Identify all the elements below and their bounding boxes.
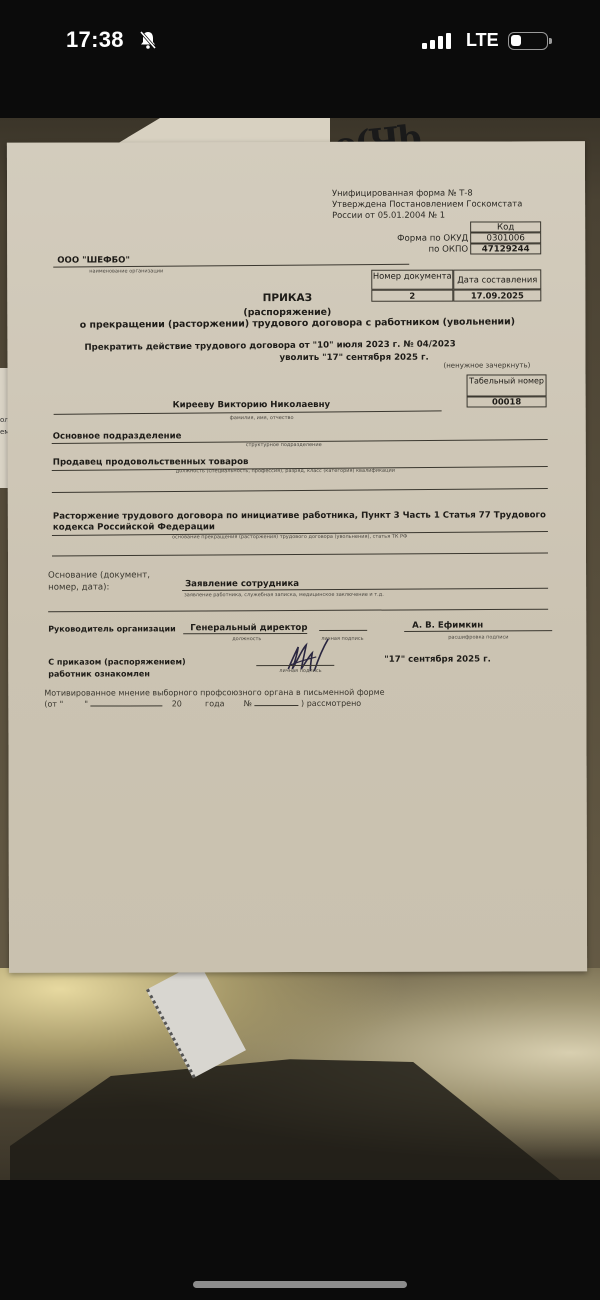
acknowledgement-date: "17" сентября 2025 г. bbox=[384, 654, 491, 664]
battery-nub bbox=[549, 38, 552, 44]
employee-name: Кирееву Викторию Николаевну bbox=[173, 400, 331, 410]
battery-fill bbox=[511, 35, 521, 46]
home-indicator[interactable] bbox=[193, 1281, 407, 1288]
basis-label-line: Основание (документ, bbox=[48, 569, 150, 581]
doc-date-header: Дата составления bbox=[457, 274, 537, 284]
terminate-contract-line: Прекратить действие трудового договора о… bbox=[84, 339, 455, 353]
code-header-cell: Код bbox=[470, 221, 541, 232]
union-opinion-text: Мотивированное мнение выборного профсоюз… bbox=[44, 688, 384, 698]
okpo-cell: 47129244 bbox=[470, 243, 541, 254]
head-position-underline bbox=[183, 633, 307, 634]
union-number-blank bbox=[254, 705, 298, 706]
head-name: А. В. Ефимкин bbox=[412, 621, 483, 631]
head-label: Руководитель организации bbox=[48, 624, 176, 633]
status-bar: 17:38 LTE bbox=[0, 0, 600, 118]
acknowledgement-signature-underline bbox=[256, 665, 334, 666]
head-position-caption: должность bbox=[232, 636, 261, 642]
basis-label: Основание (документ, номер, дата): bbox=[48, 569, 150, 593]
organization-caption: наименование организации bbox=[89, 268, 163, 274]
basis-extra-underline bbox=[48, 609, 548, 613]
okud-label: Форма по ОКУД bbox=[390, 234, 468, 245]
strike-note: (ненужное зачеркнуть) bbox=[443, 361, 530, 369]
clock: 17:38 bbox=[66, 27, 124, 53]
doc-number-header: Номер документа bbox=[373, 271, 452, 281]
acknowledgement-label: С приказом (распоряжением) работник озна… bbox=[48, 656, 185, 680]
acknowledgement-label-line: работник ознакомлен bbox=[48, 668, 185, 680]
doc-date-cell: 17.09.2025 bbox=[453, 289, 541, 301]
department-value: Основное подразделение bbox=[53, 431, 182, 441]
union-reviewed: ) рассмотрено bbox=[301, 699, 361, 708]
personnel-number-header: Табельный номер bbox=[469, 376, 544, 385]
doc-number-header-cell: Номер документа bbox=[371, 270, 453, 290]
department-caption: структурное подразделение bbox=[246, 442, 322, 448]
grounds-caption: основание прекращения (расторжения) труд… bbox=[172, 534, 407, 541]
basis-label-line: номер, дата): bbox=[48, 581, 150, 593]
acknowledgement-label-line: С приказом (распоряжением) bbox=[48, 656, 185, 668]
okpo-label: по ОКПО bbox=[390, 245, 468, 256]
okpo-value: 47129244 bbox=[482, 244, 530, 254]
union-year-prefix: 20 bbox=[172, 699, 182, 708]
grounds-text: Расторжение трудового договора по инициа… bbox=[53, 510, 546, 533]
personnel-number-value: 00018 bbox=[492, 396, 521, 406]
acknowledgement-signature-caption: личная подпись bbox=[279, 668, 321, 674]
head-position: Генеральный директор bbox=[190, 623, 307, 633]
network-type: LTE bbox=[466, 30, 499, 51]
battery-low-icon bbox=[508, 32, 548, 50]
doc-date-value: 17.09.2025 bbox=[471, 290, 524, 300]
personnel-number-header-cell: Табельный номер bbox=[467, 374, 547, 396]
document-title: ПРИКАЗ bbox=[227, 292, 347, 304]
head-name-underline bbox=[404, 630, 552, 632]
union-number-sign: № bbox=[244, 699, 252, 708]
union-opinion-fields: (от " " 20 года № ) рассмотрено bbox=[44, 699, 361, 709]
cellular-signal-icon bbox=[422, 33, 456, 49]
grounds-extra-underline bbox=[52, 552, 548, 556]
organization-name: ООО "ШЕФБО" bbox=[57, 255, 130, 265]
bell-slash-icon bbox=[138, 30, 158, 50]
doc-date-header-cell: Дата составления bbox=[453, 269, 541, 289]
union-from: (от " bbox=[44, 700, 63, 709]
okud-cell: 0301006 bbox=[470, 232, 541, 243]
doc-number-value: 2 bbox=[409, 291, 415, 301]
form-header-line: Утверждена Постановлением Госкомстата bbox=[332, 198, 522, 209]
dismiss-date-line: уволить "17" сентября 2025 г. bbox=[279, 353, 428, 363]
union-year-word: года bbox=[205, 699, 225, 708]
position-value: Продавец продовольственных товаров bbox=[53, 457, 249, 468]
document-subject: о прекращении (расторжении) трудового до… bbox=[67, 316, 527, 331]
form-header-line: России от 05.01.2004 № 1 bbox=[332, 209, 522, 220]
form-header-line: Унифицированная форма № Т-8 bbox=[332, 187, 522, 198]
position-caption: должность (специальность, профессия), ра… bbox=[176, 468, 395, 475]
basis-value: Заявление сотрудника bbox=[185, 579, 299, 589]
form-header: Унифицированная форма № Т-8 Утверждена П… bbox=[332, 187, 522, 220]
okud-value: 0301006 bbox=[487, 233, 525, 243]
head-signature-underline bbox=[319, 630, 367, 631]
personnel-number-cell: 00018 bbox=[467, 396, 547, 407]
head-name-caption: расшифровка подписи bbox=[448, 634, 508, 640]
grounds-line: Расторжение трудового договора по инициа… bbox=[53, 510, 546, 522]
employee-caption: фамилия, имя, отчество bbox=[230, 415, 294, 421]
basis-caption: заявление работника, служебная записка, … bbox=[184, 592, 384, 599]
code-header: Код bbox=[497, 222, 514, 232]
document-subtitle: (распоряжение) bbox=[207, 307, 367, 318]
union-quote: " bbox=[84, 700, 88, 709]
document-paper: Унифицированная форма № Т-8 Утверждена П… bbox=[7, 141, 587, 973]
doc-number-cell: 2 bbox=[371, 290, 453, 302]
union-date-blank bbox=[91, 705, 163, 706]
position-extra-underline bbox=[52, 488, 548, 493]
